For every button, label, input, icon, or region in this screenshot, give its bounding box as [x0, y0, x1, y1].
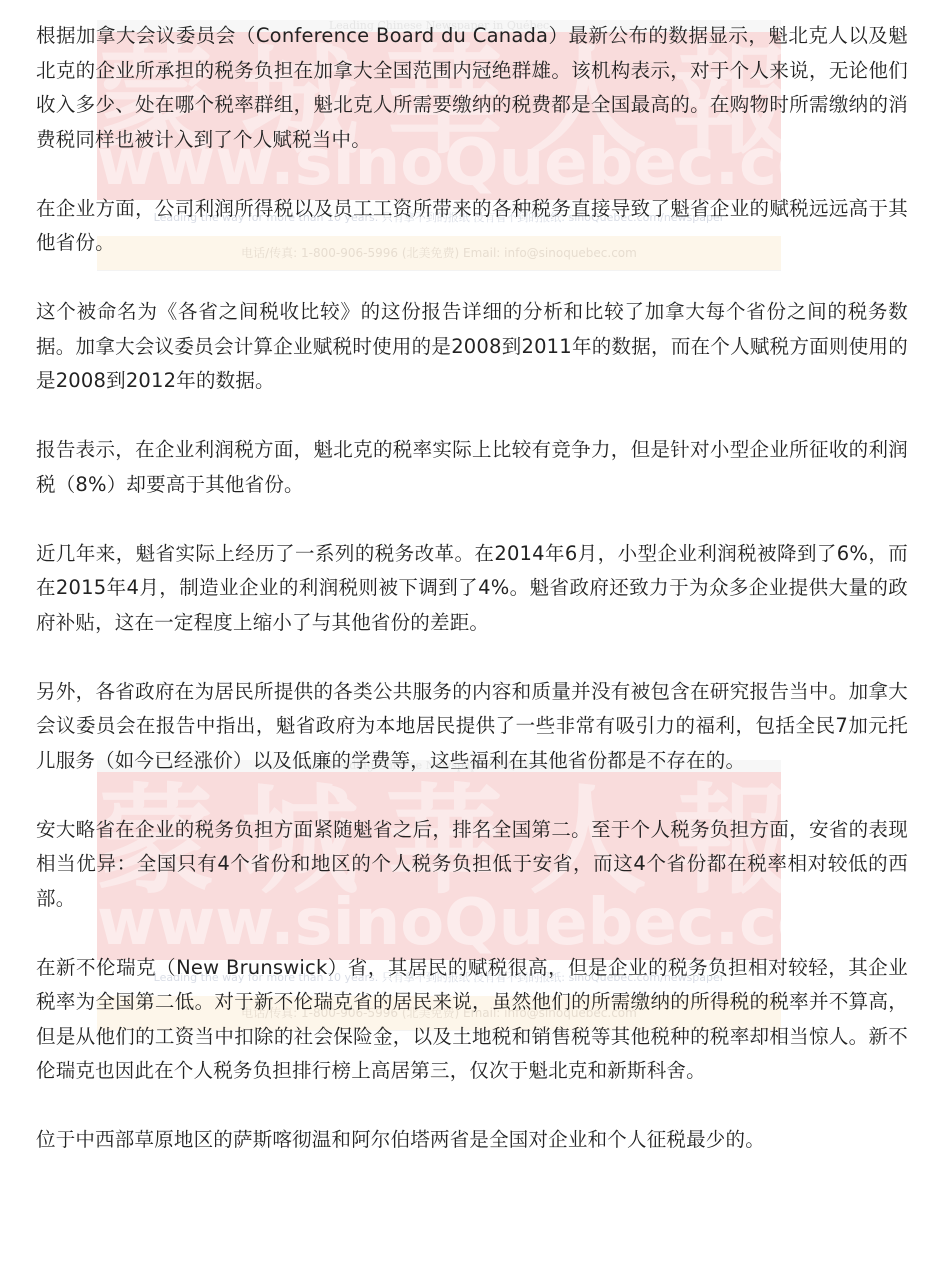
article-paragraph: 根据加拿大会议委员会（Conference Board du Canada）最新…	[36, 19, 908, 157]
article-paragraph: 另外，各省政府在为居民所提供的各类公共服务的内容和质量并没有被包含在研究报告当中…	[36, 675, 908, 779]
article-paragraph: 安大略省在企业的税务负担方面紧随魁省之后，排名全国第二。至于个人税务负担方面，安…	[36, 813, 908, 917]
article-paragraph: 近几年来，魁省实际上经历了一系列的税务改革。在2014年6月，小型企业利润税被降…	[36, 537, 908, 641]
article-paragraph: 在企业方面，公司利润所得税以及员工工资所带来的各种税务直接导致了魁省企业的赋税远…	[36, 192, 908, 261]
article-paragraph: 这个被命名为《各省之间税收比较》的这份报告详细的分析和比较了加拿大每个省份之间的…	[36, 295, 908, 399]
article-paragraph: 报告表示，在企业利润税方面，魁北克的税率实际上比较有竞争力，但是针对小型企业所征…	[36, 433, 908, 502]
article-paragraph: 位于中西部草原地区的萨斯喀彻温和阿尔伯塔两省是全国对企业和个人征税最少的。	[36, 1123, 908, 1158]
article-body: 根据加拿大会议委员会（Conference Board du Canada）最新…	[36, 19, 908, 1192]
article-paragraph: 在新不伦瑞克（New Brunswick）省，其居民的赋税很高，但是企业的税务负…	[36, 951, 908, 1089]
